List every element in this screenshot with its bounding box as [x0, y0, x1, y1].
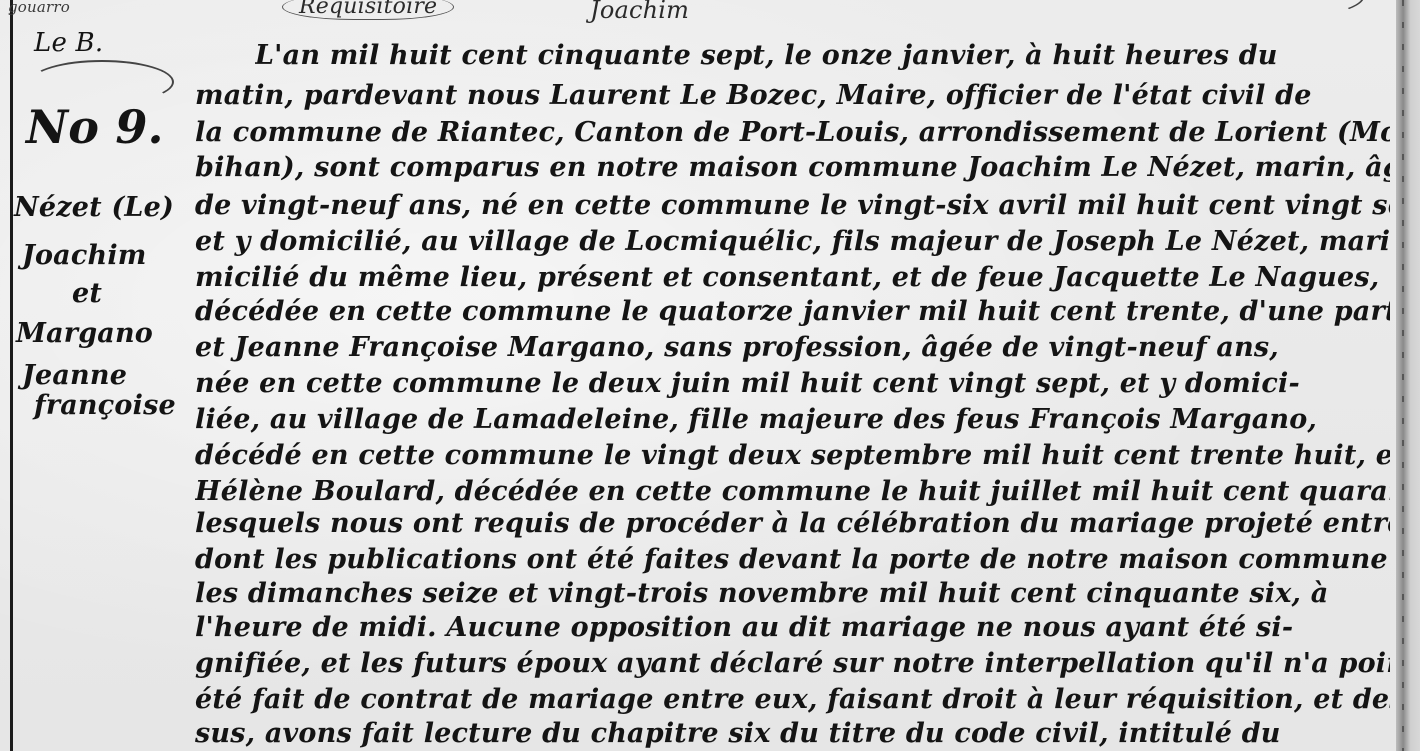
- body-line-13: Hélène Boulard, décédée en cette commune…: [195, 476, 1390, 507]
- margin-groom-firstname: Joachim: [22, 240, 147, 271]
- body-line-14: lesquels nous ont requis de procéder à l…: [195, 508, 1390, 539]
- heading-requisitoire: Requisitoire: [282, 0, 454, 20]
- act-number: No 9.: [26, 100, 164, 154]
- margin-flourish: [30, 60, 174, 104]
- body-line-9: et Jeanne Françoise Margano, sans profes…: [195, 332, 1390, 363]
- margin-bride-surname: Margano: [16, 318, 153, 349]
- body-line-12: décédé en cette commune le vingt deux se…: [195, 440, 1390, 471]
- margin-top-note: gouarro: [8, 0, 70, 16]
- margin-bride-firstname: Jeanne: [22, 360, 127, 391]
- heading-name: Joachim: [590, 0, 689, 24]
- body-line-20: sus, avons fait lecture du chapitre six …: [195, 718, 1390, 749]
- body-line-7: micilié du même lieu, présent et consent…: [195, 262, 1390, 293]
- margin-rule: [10, 0, 13, 751]
- margin-and: et: [72, 278, 102, 309]
- body-line-8: décédée en cette commune le quatorze jan…: [195, 296, 1390, 327]
- margin-bride-firstname-2: françoise: [34, 390, 176, 421]
- body-line-10: née en cette commune le deux juin mil hu…: [195, 368, 1390, 399]
- body-line-1: L'an mil huit cent cinquante sept, le on…: [255, 40, 1390, 71]
- heading-flourish: [1080, 0, 1364, 24]
- body-line-5: de vingt-neuf ans, né en cette commune l…: [195, 190, 1390, 221]
- margin-groom-surname: Nézet (Le): [14, 192, 174, 223]
- body-line-15: dont les publications ont été faites dev…: [195, 544, 1390, 575]
- body-line-17: l'heure de midi. Aucune opposition au di…: [195, 612, 1390, 643]
- body-line-19: été fait de contrat de mariage entre eux…: [195, 684, 1390, 715]
- margin-initials: Le B.: [34, 28, 103, 58]
- body-line-16: les dimanches seize et vingt-trois novem…: [195, 578, 1390, 609]
- body-line-4: bihan), sont comparus en notre maison co…: [195, 152, 1390, 183]
- body-line-11: liée, au village de Lamadeleine, fille m…: [195, 404, 1390, 435]
- body-line-3: la commune de Riantec, Canton de Port-Lo…: [195, 117, 1390, 148]
- scanned-register-page: gouarro Le B. No 9. Nézet (Le) Joachim e…: [0, 0, 1420, 751]
- page-binding-edge: [1396, 0, 1420, 751]
- body-line-18: gnifiée, et les futurs époux ayant décla…: [195, 648, 1390, 679]
- body-line-6: et y domicilié, au village de Locmiquéli…: [195, 226, 1390, 257]
- body-line-2: matin, pardevant nous Laurent Le Bozec, …: [195, 80, 1390, 111]
